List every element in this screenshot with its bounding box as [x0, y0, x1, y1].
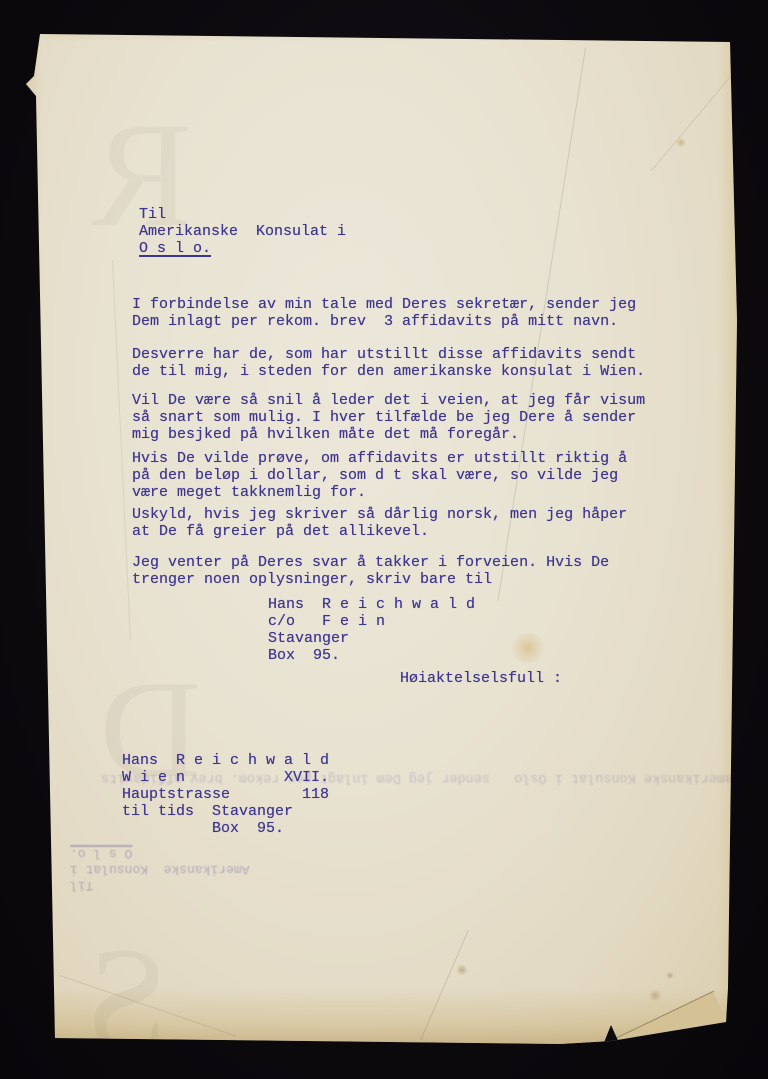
- paper-edge-shade-top: [0, 28, 768, 42]
- text-line: Jeg venter på Deres svar å takker i forv…: [132, 554, 609, 571]
- paper-edge-shade-right: [718, 0, 738, 1079]
- text-line: W i e n XVII.: [122, 769, 329, 786]
- stamp-showthrough-letter: S: [85, 925, 168, 1075]
- sender-address-block: Hans R e i c h w a l d W i e n XVII. Hau…: [122, 752, 329, 837]
- complimentary-close: Høiaktelselsfull :: [400, 670, 562, 687]
- photo-background: R D S amerikanske Konsulat i Oslo sender…: [0, 0, 768, 1079]
- text-line: O s l o.: [139, 240, 346, 257]
- paper-stain: [666, 972, 674, 979]
- text-line: Hans R e i c h w a l d: [268, 596, 475, 613]
- text-line: mig besjked på hvilken måte det må foreg…: [132, 426, 645, 443]
- text-line: I forbindelse av min tale med Deres sekr…: [132, 296, 636, 313]
- text-line: Vil De være så snil å leder det i veien,…: [132, 392, 645, 409]
- text-line: så snart som mulig. I hver tilfælde be j…: [132, 409, 645, 426]
- text-line: Box 95.: [122, 820, 329, 837]
- text-line: Hans R e i c h w a l d: [122, 752, 329, 769]
- letter-paragraph: Hvis De vilde prøve, om affidavits er ut…: [132, 450, 627, 501]
- text-line: O s l o.: [70, 845, 275, 861]
- text-line: at De få greier på det allikevel.: [132, 523, 627, 540]
- text-line: Til: [70, 877, 275, 893]
- text-line: Til: [139, 206, 346, 223]
- letter-paragraph: Jeg venter på Deres svar å takker i forv…: [132, 554, 609, 588]
- text-line: Uskyld, hvis jeg skriver så dårlig norsk…: [132, 506, 627, 523]
- text-line: Amerikanske Konsulat i: [70, 861, 275, 877]
- text-line: Hauptstrasse 118: [122, 786, 329, 803]
- paper-stain: [456, 965, 468, 975]
- text-line: til tids Stavanger: [122, 803, 329, 820]
- text-line: Amerikanske Konsulat i: [139, 223, 346, 240]
- text-line: c/o F e i n: [268, 613, 475, 630]
- scanned-letter-paper: R D S amerikanske Konsulat i Oslo sender…: [0, 0, 768, 1079]
- letter-paragraph: Desverre har de, som har utstillt disse …: [132, 346, 645, 380]
- text-line: trenger noen oplysninger, skriv bare til: [132, 571, 609, 588]
- text-line: Dem inlagt per rekom. brev 3 affidavits …: [132, 313, 636, 330]
- paper-stain: [509, 633, 547, 663]
- paper-stain: [648, 990, 662, 1001]
- paper-crease: [112, 260, 131, 640]
- sender-contact-block: Hans R e i c h w a l d c/o F e i n Stava…: [268, 596, 475, 664]
- letter-paragraph: I forbindelse av min tale med Deres sekr…: [132, 296, 636, 330]
- letter-paragraph: Vil De være så snil å leder det i veien,…: [132, 392, 645, 443]
- text-line: på den beløp i dollar, som d t skal være…: [132, 467, 627, 484]
- paper-edge-shade-left: [24, 0, 42, 1079]
- paper-stain: [676, 138, 686, 147]
- letter-paragraph: Uskyld, hvis jeg skriver så dårlig norsk…: [132, 506, 627, 540]
- text-line: Hvis De vilde prøve, om affidavits er ut…: [132, 450, 627, 467]
- bleedthrough-header-upside-down: Til Amerikanske Konsulat i O s l o.: [70, 845, 275, 893]
- text-line: Desverre har de, som har utstillt disse …: [132, 346, 645, 363]
- text-line: de til mig, i steden for den amerikanske…: [132, 363, 645, 380]
- text-line: Stavanger: [268, 630, 475, 647]
- text-line: Box 95.: [268, 647, 475, 664]
- text-line: være meget takknemlig for.: [132, 484, 627, 501]
- recipient-address: Til Amerikanske Konsulat i O s l o.: [139, 206, 346, 257]
